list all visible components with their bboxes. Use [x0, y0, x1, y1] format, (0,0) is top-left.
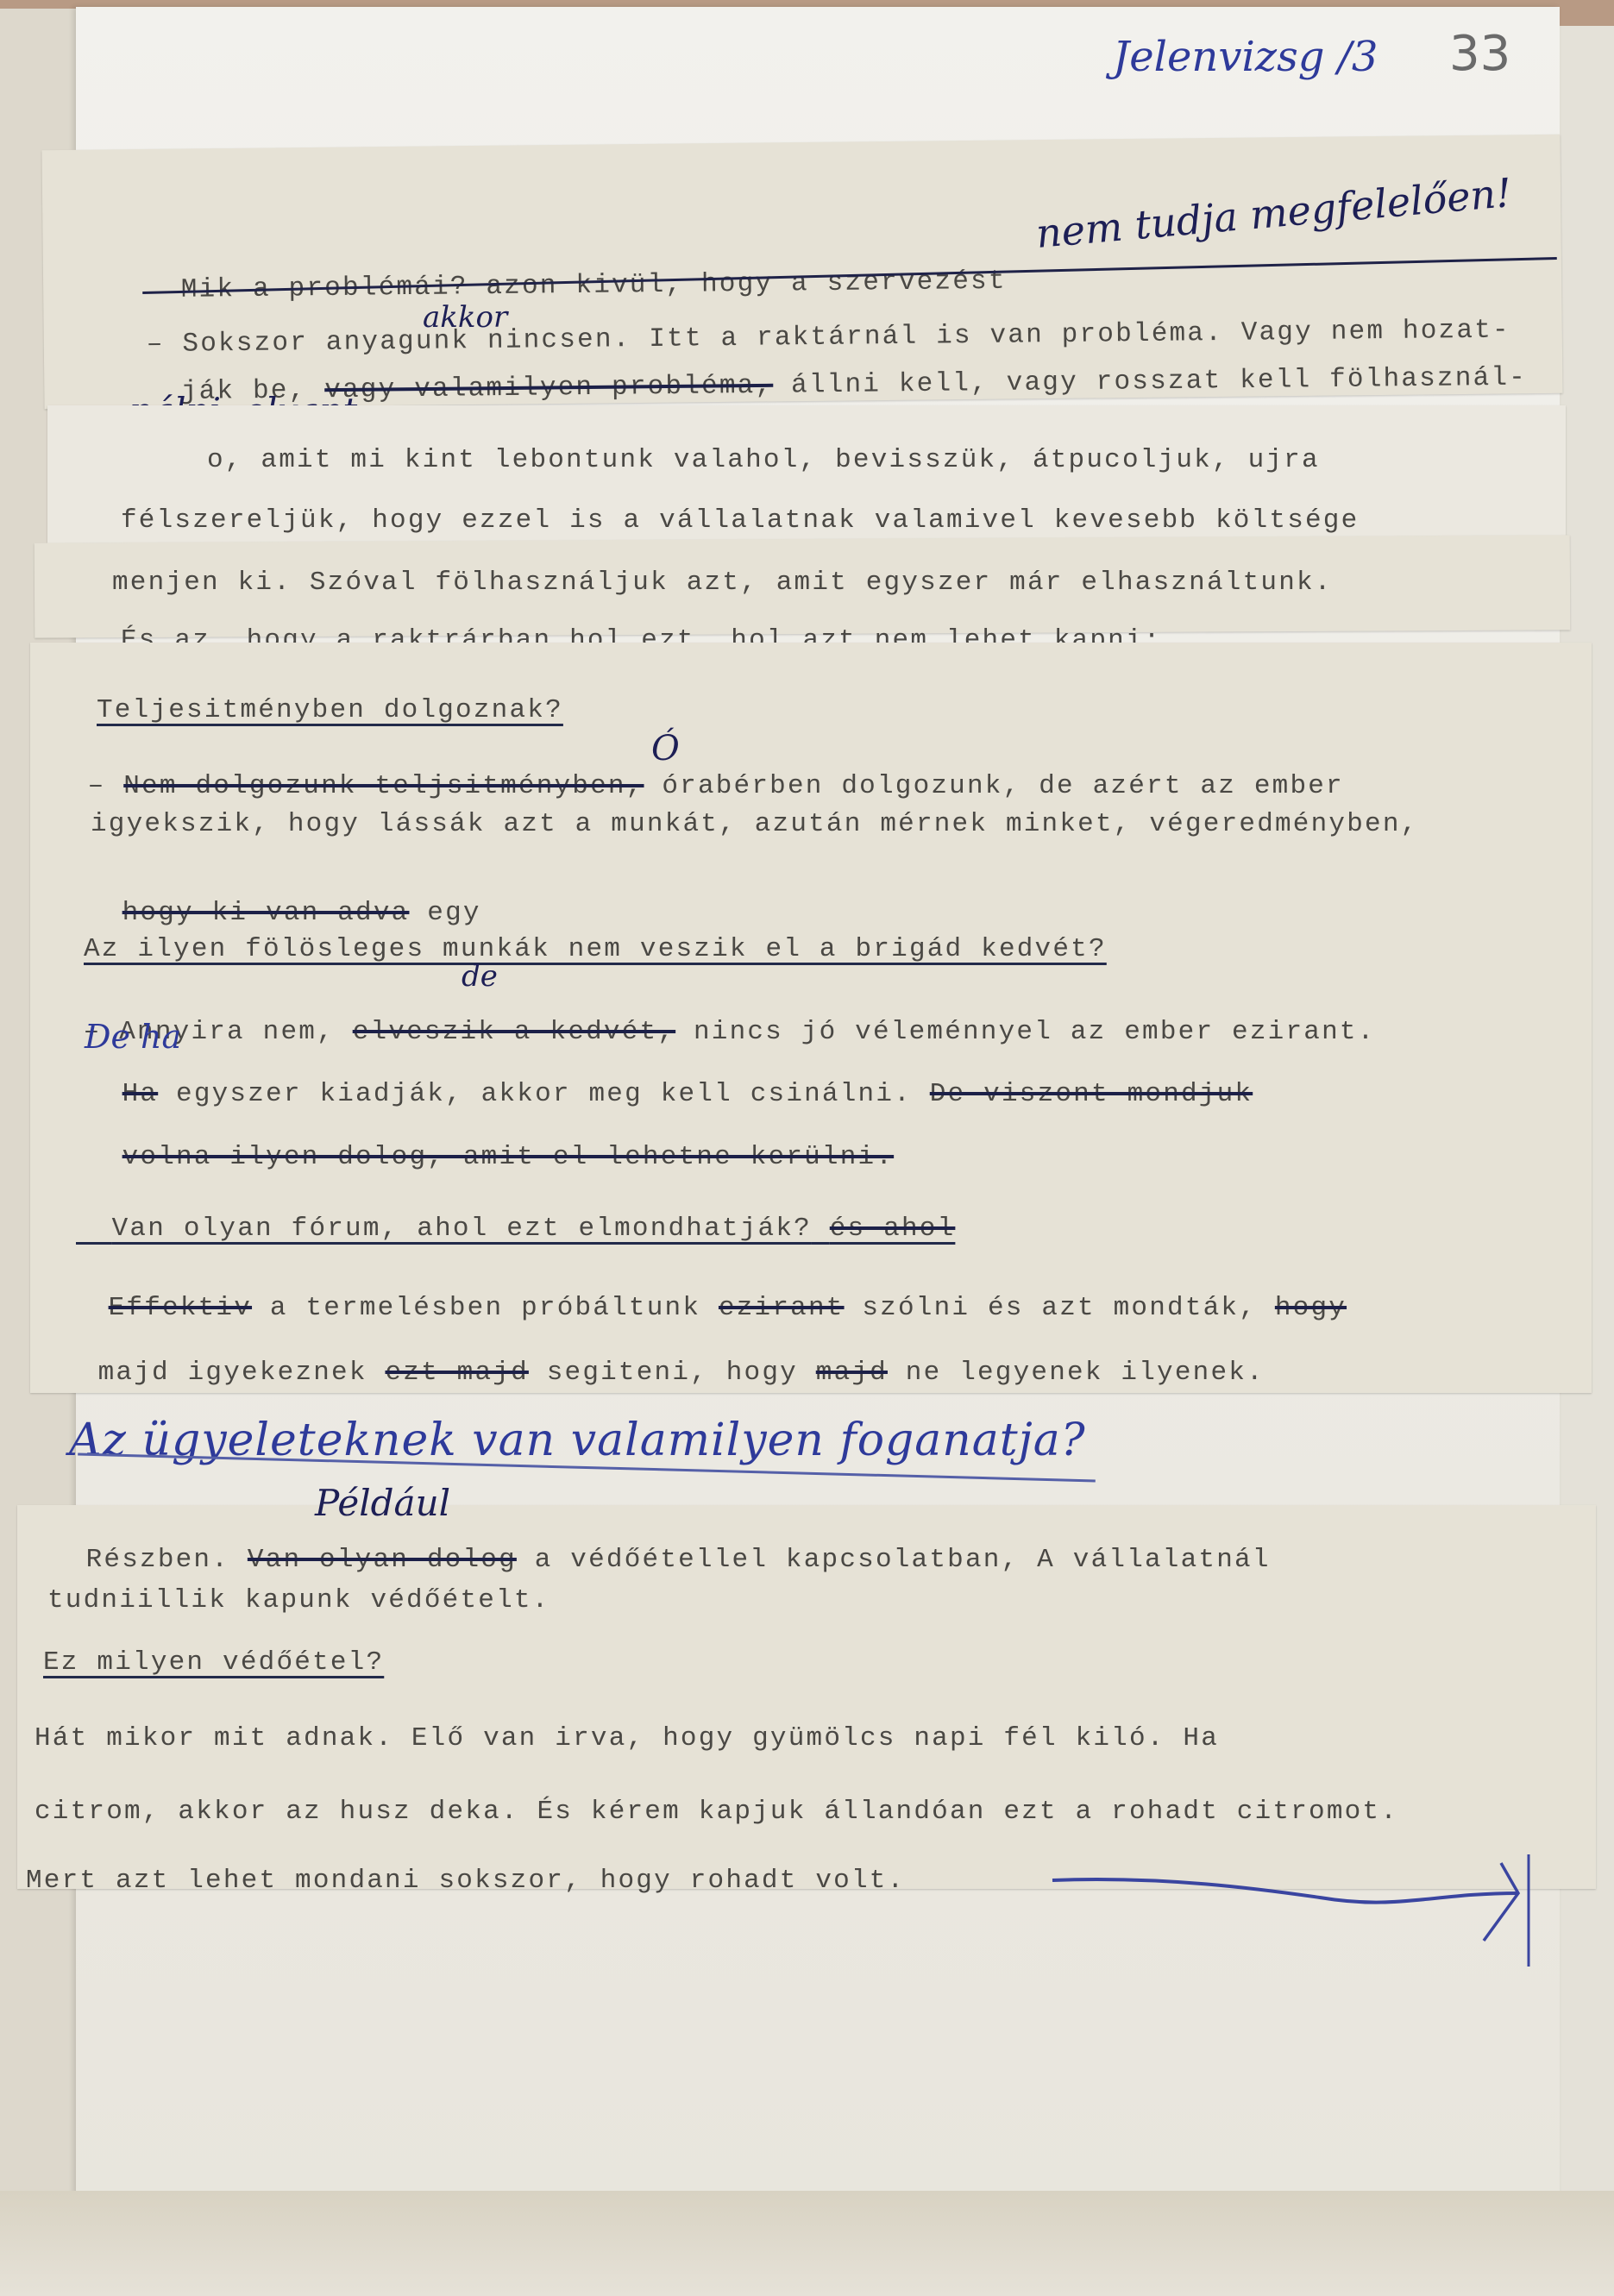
handwritten-insertion: de: [462, 959, 498, 994]
answer-line: igyekszik, hogy lássák azt a munkát, azu…: [91, 811, 1418, 837]
answer-line: Mert azt lehet mondani sokszor, hogy roh…: [26, 1867, 905, 1894]
struck-text: ezt majd: [385, 1358, 528, 1388]
struck-text: elveszik a kedvét,: [353, 1017, 675, 1047]
answer-text: szólni és azt mondták,: [845, 1293, 1275, 1323]
question-line: Teljesitményben dolgoznak?: [97, 697, 563, 724]
struck-text: ezirant: [719, 1293, 845, 1323]
answer-text: segiteni, hogy: [529, 1358, 816, 1388]
struck-text: és ahol: [830, 1214, 956, 1244]
question-line: Mik a problémái? azon kivül, hogy a szer…: [145, 242, 1007, 304]
answer-text: ne legyenek ilyenek.: [888, 1358, 1265, 1388]
answer-line: volna ilyen dolog, amit el lehetne kerül…: [86, 1117, 894, 1170]
struck-text: Nem dolgozunk teljsitményben,: [123, 771, 644, 801]
answer-line: – Nem dolgozunk teljsitményben, órabérbe…: [52, 746, 1344, 800]
struck-text: majd: [816, 1358, 888, 1388]
answer-line: Effektiv a termelésben próbáltunk eziran…: [72, 1268, 1347, 1321]
answer-line: o, amit mi kint lebontunk valahol, bevis…: [207, 447, 1320, 474]
struck-text: hogy ki van adva: [122, 898, 410, 928]
handwritten-insertion: akkor: [423, 300, 507, 335]
answer-line: menjen ki. Szóval fölhasználjuk azt, ami…: [112, 569, 1333, 596]
struck-text: vagy valamilyen probléma,: [324, 371, 773, 405]
struck-text: Effektiv: [109, 1293, 252, 1323]
handwritten-file-label: Jelenvizsg /3: [1113, 33, 1378, 81]
handwritten-insertion: De ha: [85, 1018, 181, 1056]
background-paper-edge-bottom: [0, 2191, 1614, 2296]
question-line: Ez milyen védőétel?: [43, 1649, 384, 1676]
answer-line: – Annyira nem, elveszik a kedvét, nincs …: [47, 992, 1375, 1045]
answer-line: hogy ki van adva egy: [86, 873, 481, 926]
continuation-arrow-icon: [1035, 1854, 1553, 1975]
struck-text: hogy: [1275, 1293, 1347, 1323]
answer-text: Részben.: [86, 1545, 248, 1575]
struck-text: De viszont mondjuk: [930, 1079, 1253, 1109]
answer-text: a védőétellel kapcsolatban, A vállalatná…: [517, 1545, 1271, 1575]
answer-line: Részben. Van olyan dolog a védőétellel k…: [50, 1520, 1271, 1573]
answer-text: nincs jó véleménnyel az ember ezirant.: [675, 1017, 1375, 1047]
answer-line: majd igyekeznek ezt majd segiteni, hogy …: [62, 1333, 1265, 1386]
struck-text: volna ilyen dolog, amit el lehetne kerül…: [122, 1142, 895, 1172]
struck-text: Van olyan dolog: [248, 1545, 517, 1575]
answer-dash-marker: –: [88, 771, 106, 801]
answer-line: félszereljük, hogy ezzel is a vállalatna…: [121, 507, 1359, 534]
handwritten-correction: Ó: [651, 729, 680, 768]
question-line: Van olyan fórum, ahol ezt elmondhatják? …: [76, 1189, 955, 1242]
answer-text: a termelésben próbáltunk: [252, 1293, 719, 1323]
question-text: Van olyan fórum, ahol ezt elmondhatják?: [112, 1214, 812, 1244]
struck-text: Ha: [122, 1079, 159, 1109]
answer-line: Hát mikor mit adnak. Elő van irva, hogy …: [35, 1725, 1219, 1752]
answer-text: egyszer kiadják, akkor meg kell csinálni…: [158, 1079, 930, 1109]
answer-line: citrom, akkor az husz deka. És kérem kap…: [35, 1798, 1398, 1825]
answer-text: órabérben dolgozunk, de azért az ember: [644, 771, 1344, 801]
answer-text: majd igyekeznek: [98, 1358, 386, 1388]
page-number: 33: [1449, 26, 1510, 82]
answer-line: Ha egyszer kiadják, akkor meg kell csiná…: [86, 1054, 1253, 1107]
handwritten-insertion: Például: [315, 1482, 450, 1524]
answer-text: egy: [409, 898, 480, 928]
question-line: Az ilyen fölösleges munkák nem veszik el…: [84, 936, 1107, 963]
answer-line: tudniillik kapunk védőételt.: [47, 1587, 550, 1614]
